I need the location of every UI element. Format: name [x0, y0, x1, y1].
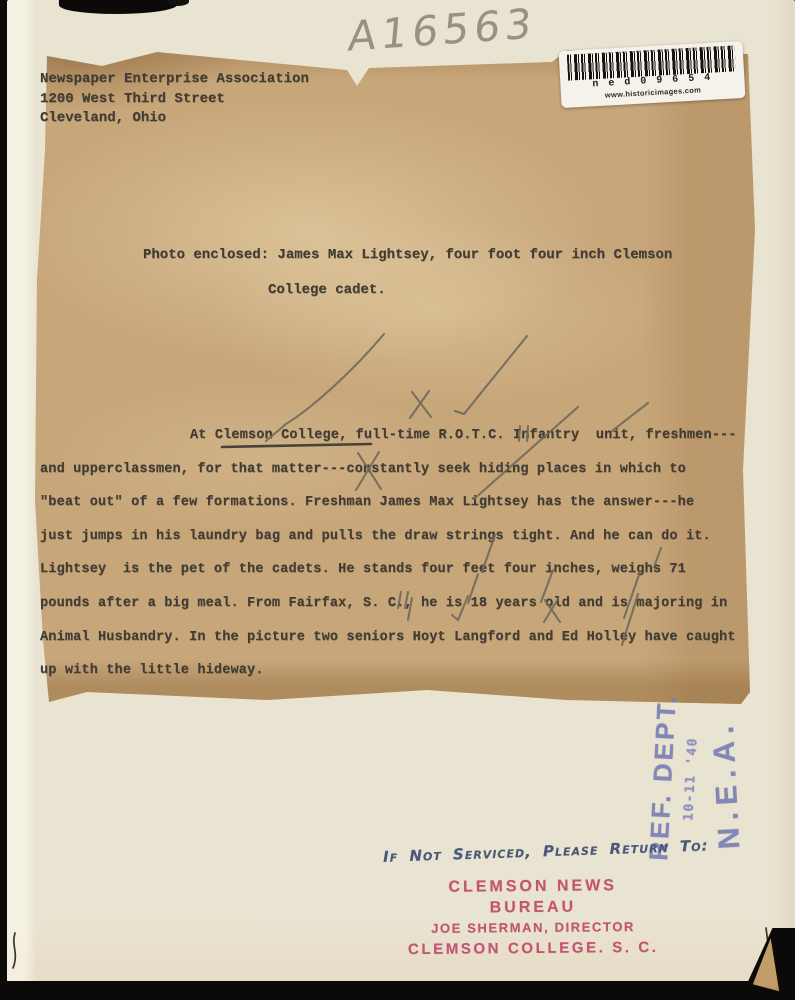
- bureau-stamp-line2: JOE SHERMAN, DIRECTOR: [402, 917, 664, 939]
- scan-shadow-top-left: [59, 0, 177, 15]
- photo-enclosed-line1: Photo enclosed: James Max Lightsey, four…: [143, 238, 672, 273]
- photo-enclosed-line2: College cadet.: [268, 273, 672, 308]
- caption-line: Animal Husbandry. In the picture two sen…: [40, 621, 737, 655]
- press-photo-back: Newspaper Enterprise Association 1200 We…: [0, 0, 795, 1000]
- photo-enclosed-note: Photo enclosed: James Max Lightsey, four…: [0, 238, 672, 308]
- caption-line: pounds after a big meal. From Fairfax, S…: [40, 587, 737, 621]
- caption-paragraph: At Clemson College, full-time R.O.T.C. I…: [40, 419, 737, 688]
- bureau-stamp-line3: CLEMSON COLLEGE. S. C.: [402, 937, 664, 960]
- sender-city: Cleveland, Ohio: [40, 109, 309, 129]
- caption-line: Lightsey is the pet of the cadets. He st…: [40, 553, 737, 587]
- caption-line: At Clemson College, full-time R.O.T.C. I…: [190, 419, 737, 453]
- scan-background-bottom: [0, 981, 795, 1000]
- caption-line: "beat out" of a few formations. Freshman…: [40, 486, 737, 520]
- sender-organization: Newspaper Enterprise Association: [40, 70, 309, 90]
- sender-address-block: Newspaper Enterprise Association 1200 We…: [40, 70, 309, 129]
- nea-stamp: N.E.A.: [707, 718, 748, 850]
- clemson-bureau-stamp: CLEMSON NEWS BUREAU JOE SHERMAN, DIRECTO…: [402, 875, 665, 960]
- barcode-sticker: n e d 0 9 6 5 4 www.historicimages.com: [559, 41, 746, 108]
- sender-street: 1200 West Third Street: [40, 90, 309, 110]
- caption-line: up with the little hideway.: [40, 654, 737, 688]
- bureau-stamp-line1: CLEMSON NEWS BUREAU: [402, 875, 664, 919]
- caption-line: just jumps in his laundry bag and pulls …: [40, 520, 737, 554]
- caption-line: and upperclassmen, for that matter---con…: [40, 453, 737, 487]
